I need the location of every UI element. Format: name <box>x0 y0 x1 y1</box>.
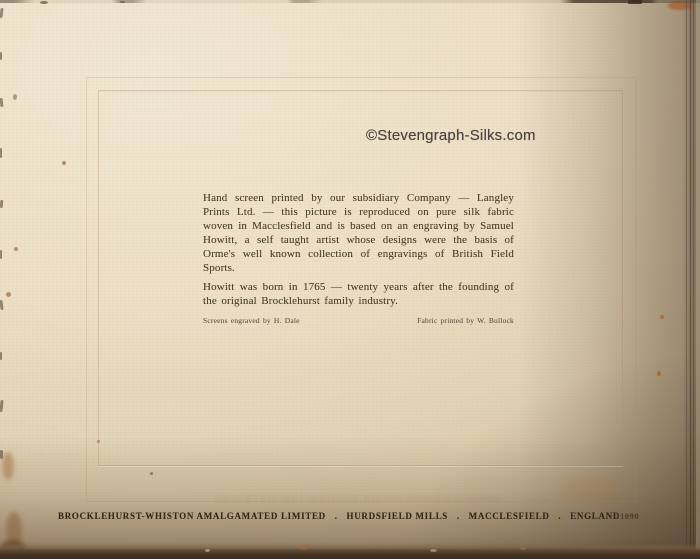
edge-blotch <box>0 540 26 558</box>
foxing-spot <box>628 0 642 4</box>
foxing-spot <box>6 292 11 297</box>
description-paragraph: Hand screen printed by our subsidiary Co… <box>203 191 514 275</box>
page-right-edge <box>682 0 700 559</box>
edge-speckle <box>205 549 210 552</box>
faint-stain <box>560 478 618 498</box>
foxing-spot <box>40 1 48 4</box>
page-edge-line <box>693 0 694 559</box>
fabric-credit: Fabric printed by W. Bullock <box>417 316 514 325</box>
edge-notch <box>0 8 4 18</box>
page-edge-line <box>690 0 691 559</box>
rust-spot <box>660 315 664 319</box>
edge-speckle <box>520 547 526 550</box>
footer-company-line: BROCKLEHURST-WHISTON AMALGAMATED LIMITED… <box>58 511 620 521</box>
edge-notch <box>0 148 2 158</box>
scanned-page: ©Stevengraph-Silks.com Hand screen print… <box>0 0 700 559</box>
edge-notch <box>0 98 3 107</box>
foxing-spot <box>150 472 153 475</box>
rust-spot <box>657 371 661 376</box>
edge-blotch <box>2 452 14 480</box>
edge-blotch <box>6 512 22 546</box>
edge-speckle <box>300 546 308 550</box>
edge-notch <box>0 52 2 60</box>
edge-notch <box>0 250 2 259</box>
screens-credit: Screens engraved by H. Dale <box>203 316 300 325</box>
edge-notch <box>0 300 4 310</box>
edge-notch <box>0 400 4 412</box>
foxing-spot <box>14 247 18 251</box>
rust-stain <box>668 1 692 10</box>
edge-speckle <box>430 549 437 552</box>
page-bottom-edge <box>0 543 700 559</box>
edge-notch <box>0 200 3 208</box>
page-edge-line <box>686 0 687 559</box>
edge-notch <box>0 352 2 360</box>
edge-notch <box>0 450 3 459</box>
foxing-spot <box>13 94 17 100</box>
birth-note-paragraph: Howitt was born in 1765 — twenty years a… <box>203 280 514 308</box>
underlying-page-sliver <box>696 0 700 559</box>
ghost-text-impression: BROCKLEHURST-WHISTON AMALGAMATED LIMITED… <box>215 492 622 502</box>
credits-row: Screens engraved by H. Dale Fabric print… <box>203 316 514 325</box>
foxing-spot <box>120 1 125 3</box>
foxing-spot <box>62 161 66 165</box>
printed-text-block: Hand screen printed by our subsidiary Co… <box>203 191 514 325</box>
page-top-edge <box>0 0 700 3</box>
catalogue-number: 1090 <box>620 511 639 521</box>
footer-imprint: BROCKLEHURST-WHISTON AMALGAMATED LIMITED… <box>58 511 638 521</box>
foxing-spot <box>97 440 100 443</box>
watermark: ©Stevengraph-Silks.com <box>366 128 536 143</box>
